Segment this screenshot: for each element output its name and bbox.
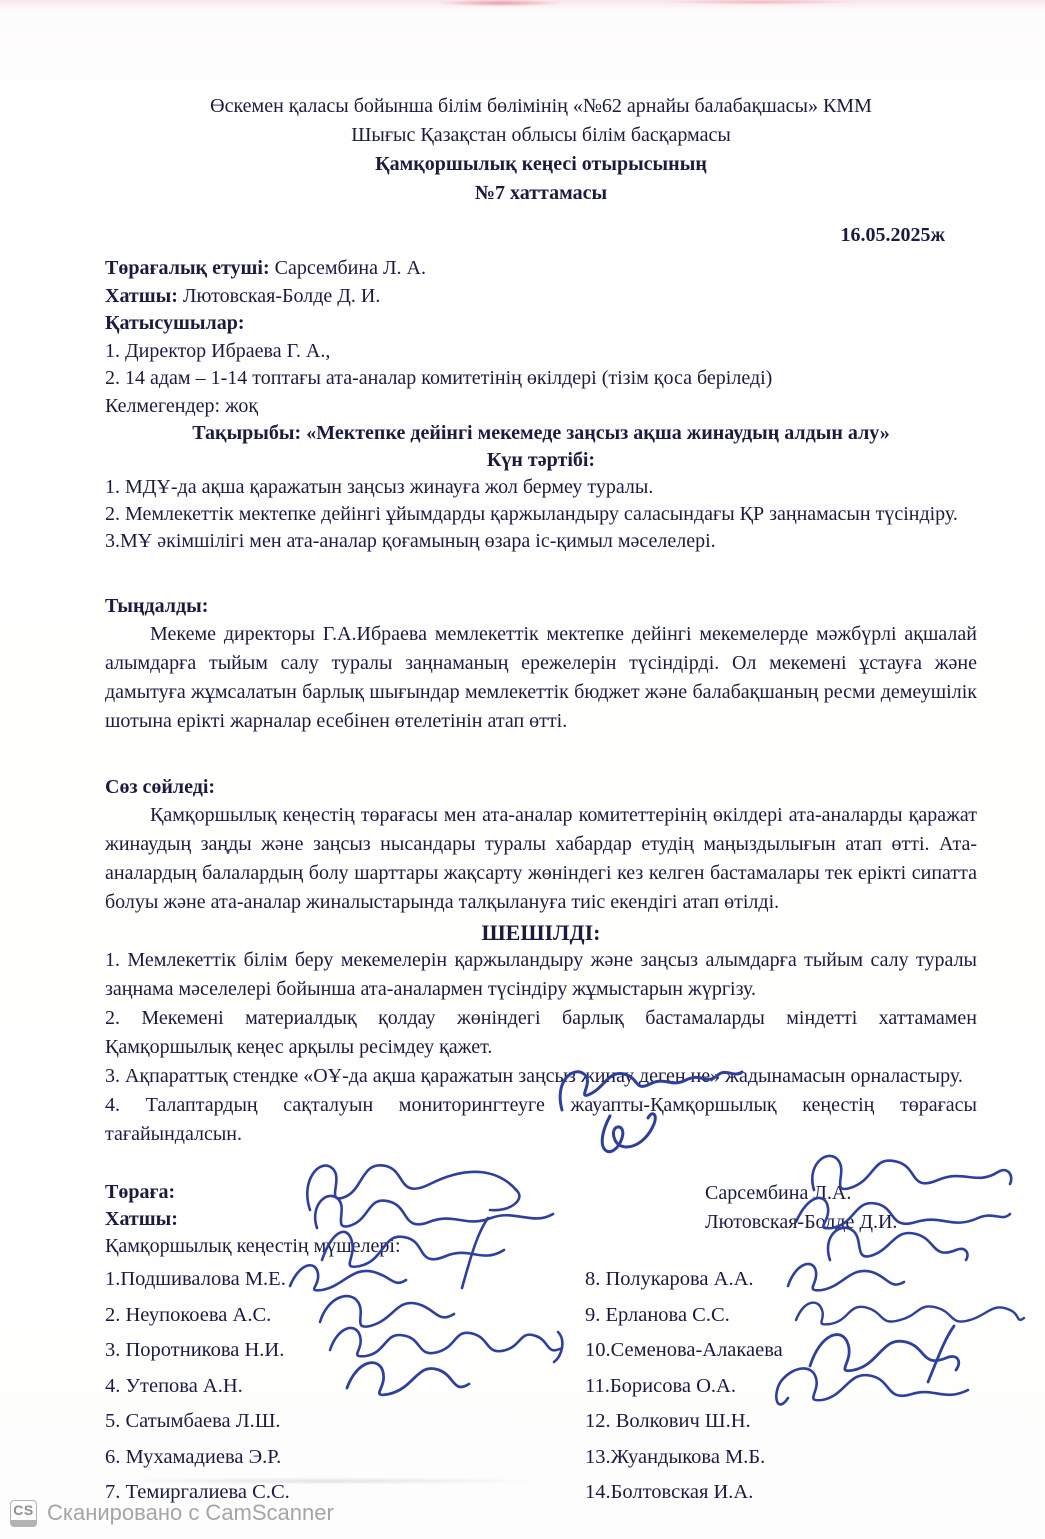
- member-item: 9. Ерланова С.С.: [585, 1298, 977, 1334]
- sign-chair-name: Сарсембина Л.А.: [705, 1179, 897, 1208]
- topic-line: Тақырыбы: «Мектепке дейінгі мекемеде заң…: [105, 420, 977, 447]
- member-item: 13.Жуандыкова М.Б.: [585, 1440, 977, 1476]
- document-body: Өскемен қаласы бойынша білім бөлімінің «…: [105, 92, 977, 1511]
- camscanner-footer-text: Сканировано с CamScanner: [47, 1500, 334, 1526]
- absent-value: жоқ: [220, 395, 258, 417]
- member-item: 11.Борисова О.А.: [585, 1369, 977, 1405]
- scan-shadow: [25, 1476, 625, 1486]
- agenda-item: 1. МДҰ-да ақша қаражатын заңсыз жинауға …: [105, 474, 977, 501]
- participants-label: Қатысушылар:: [105, 310, 977, 338]
- chair-name: Сарсембина Л. А.: [270, 257, 426, 279]
- member-item: 12. Волкович Ш.Н.: [585, 1404, 977, 1440]
- topic-label: Тақырыбы:: [192, 422, 301, 444]
- decided-item: 1. Мемлекеттік білім беру мекемелерін қа…: [105, 946, 977, 1004]
- heard-paragraph: Мекеме директоры Г.А.Ибраева мемлекеттік…: [105, 620, 977, 736]
- participant-item: 2. 14 адам – 1-14 топтағы ата-аналар ком…: [105, 365, 977, 393]
- scan-artifact-top: [0, 0, 1045, 10]
- member-item: 1.Подшивалова М.Е.: [105, 1262, 585, 1298]
- sign-names: Сарсембина Л.А. Лютовская-Болде Д.И.: [705, 1179, 897, 1237]
- heard-label: Тыңдалды:: [105, 593, 977, 620]
- decided-item: 3. Ақпараттық стендке «ОҰ-да ақша қаража…: [105, 1062, 977, 1091]
- member-item: 4. Утепова А.Н.: [105, 1369, 585, 1405]
- secretary-line: Хатшы: Лютовская-Болде Д. И.: [105, 283, 977, 311]
- spoke-label: Сөз сөйледі:: [105, 774, 977, 801]
- sign-secretary-name: Лютовская-Болде Д.И.: [705, 1208, 897, 1237]
- chair-label: Төрағалық етуші:: [105, 257, 270, 279]
- members-column-left: 1.Подшивалова М.Е. 2. Неупокоева А.С. 3.…: [105, 1262, 585, 1511]
- camscanner-logo-icon: CS: [10, 1500, 37, 1527]
- org-name-line1: Өскемен қаласы бойынша білім бөлімінің «…: [105, 92, 977, 121]
- absent-line: Келмегендер: жоқ: [105, 393, 977, 421]
- camscanner-footer: CS Сканировано с CamScanner: [0, 1487, 1045, 1539]
- protocol-number: №7 хаттамасы: [105, 179, 977, 208]
- signature-block: Төраға: Хатшы: Сарсембина Л.А. Лютовская…: [105, 1179, 977, 1511]
- member-item: 2. Неупокоева А.С.: [105, 1298, 585, 1334]
- member-item: 6. Мухамадиева Э.Р.: [105, 1440, 585, 1476]
- participant-item: 1. Директор Ибраева Г. А.,: [105, 338, 977, 366]
- decided-item: 2. Мекемені материалдық қолдау жөніндегі…: [105, 1004, 977, 1062]
- member-item: 8. Полукарова А.А.: [585, 1262, 977, 1298]
- member-item: 10.Семенова-Алакаева: [585, 1333, 977, 1369]
- spoke-paragraph: Қамқоршылық кеңестің төрағасы мен ата-ан…: [105, 801, 977, 917]
- agenda-label: Күн тәртібі:: [105, 447, 977, 474]
- council-title: Қамқоршылық кеңесі отырысының: [105, 150, 977, 179]
- document-date: 16.05.2025ж: [105, 222, 977, 249]
- secretary-name: Лютовская-Болде Д. И.: [178, 285, 380, 307]
- members-label: Қамқоршылық кеңестің мүшелері:: [105, 1233, 977, 1260]
- camscanner-logo-text: CS: [11, 1501, 36, 1520]
- member-item: 5. Сатымбаева Л.Ш.: [105, 1404, 585, 1440]
- members-list: 1.Подшивалова М.Е. 2. Неупокоева А.С. 3.…: [105, 1262, 977, 1511]
- scanned-document-page: Өскемен қаласы бойынша білім бөлімінің «…: [0, 0, 1045, 1539]
- org-name-line2: Шығыс Қазақстан облысы білім басқармасы: [105, 121, 977, 150]
- decided-item: 4. Талаптардың сақталуын мониторингтеуге…: [105, 1091, 977, 1149]
- agenda-item: 3.МҰ әкімшілігі мен ата-аналар қоғамының…: [105, 528, 977, 555]
- chair-line: Төрағалық етуші: Сарсембина Л. А.: [105, 255, 977, 283]
- secretary-label: Хатшы:: [105, 285, 178, 307]
- agenda-item: 2. Мемлекеттік мектепке дейінгі ұйымдард…: [105, 501, 977, 528]
- absent-label: Келмегендер:: [105, 395, 220, 417]
- members-column-right: 8. Полукарова А.А. 9. Ерланова С.С. 10.С…: [585, 1262, 977, 1511]
- topic-title: «Мектепке дейінгі мекемеде заңсыз ақша ж…: [301, 422, 890, 444]
- member-item: 3. Поротникова Н.И.: [105, 1333, 585, 1369]
- decided-label: ШЕШІЛДІ:: [105, 919, 977, 946]
